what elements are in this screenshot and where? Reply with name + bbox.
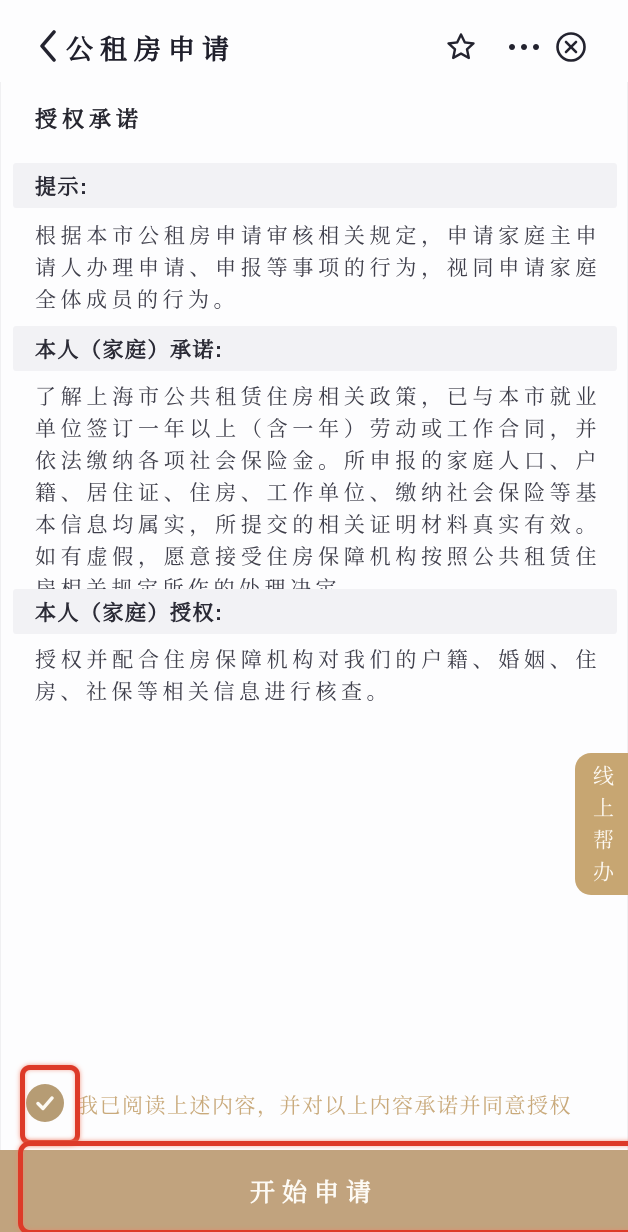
section-body-hint: 根据本市公租房申请审核相关规定，申请家庭主申请人办理申请、申报等事项的行为，视同… (35, 221, 601, 317)
consent-label[interactable]: 我已阅读上述内容，并对以上内容承诺并同意授权 (77, 1090, 572, 1120)
section-heading-hint: 提示: (13, 163, 617, 208)
ellipsis-icon (533, 44, 539, 50)
consent-checkbox[interactable] (26, 1084, 64, 1122)
close-button[interactable] (554, 30, 588, 64)
app-header: 公租房申请 (0, 0, 628, 82)
start-application-button[interactable]: 开始申请 (0, 1150, 628, 1232)
online-help-tab[interactable]: 线上帮办 (575, 753, 628, 895)
mini-program-screen: 公租房申请 授权承诺 提示: 根据本市公租房申请审核相关规定，申请家庭主申请人办… (0, 0, 628, 1232)
section-heading-authorization: 本人（家庭）授权: (13, 589, 617, 634)
page-header-title: 公租房申请 (66, 28, 236, 67)
ellipsis-icon (521, 44, 527, 50)
chevron-left-icon (36, 28, 60, 64)
star-icon (445, 31, 477, 63)
checkmark-icon (33, 1091, 57, 1115)
more-menu-button[interactable] (504, 38, 544, 56)
favorite-button[interactable] (444, 30, 478, 64)
online-help-tab-label: 线上帮办 (587, 755, 617, 893)
back-button[interactable] (36, 28, 60, 64)
section-body-commitment: 了解上海市公共租赁住房相关政策，已与本市就业单位签订一年以上（含一年）劳动或工作… (35, 382, 601, 606)
start-application-label: 开始申请 (250, 1173, 378, 1209)
ellipsis-icon (509, 44, 515, 50)
page-title: 授权承诺 (35, 103, 143, 134)
section-body-authorization: 授权并配合住房保障机构对我们的户籍、婚姻、住房、社保等相关信息进行核查。 (35, 645, 601, 709)
close-circle-icon (555, 31, 587, 63)
section-heading-commitment: 本人（家庭）承诺: (13, 326, 617, 371)
